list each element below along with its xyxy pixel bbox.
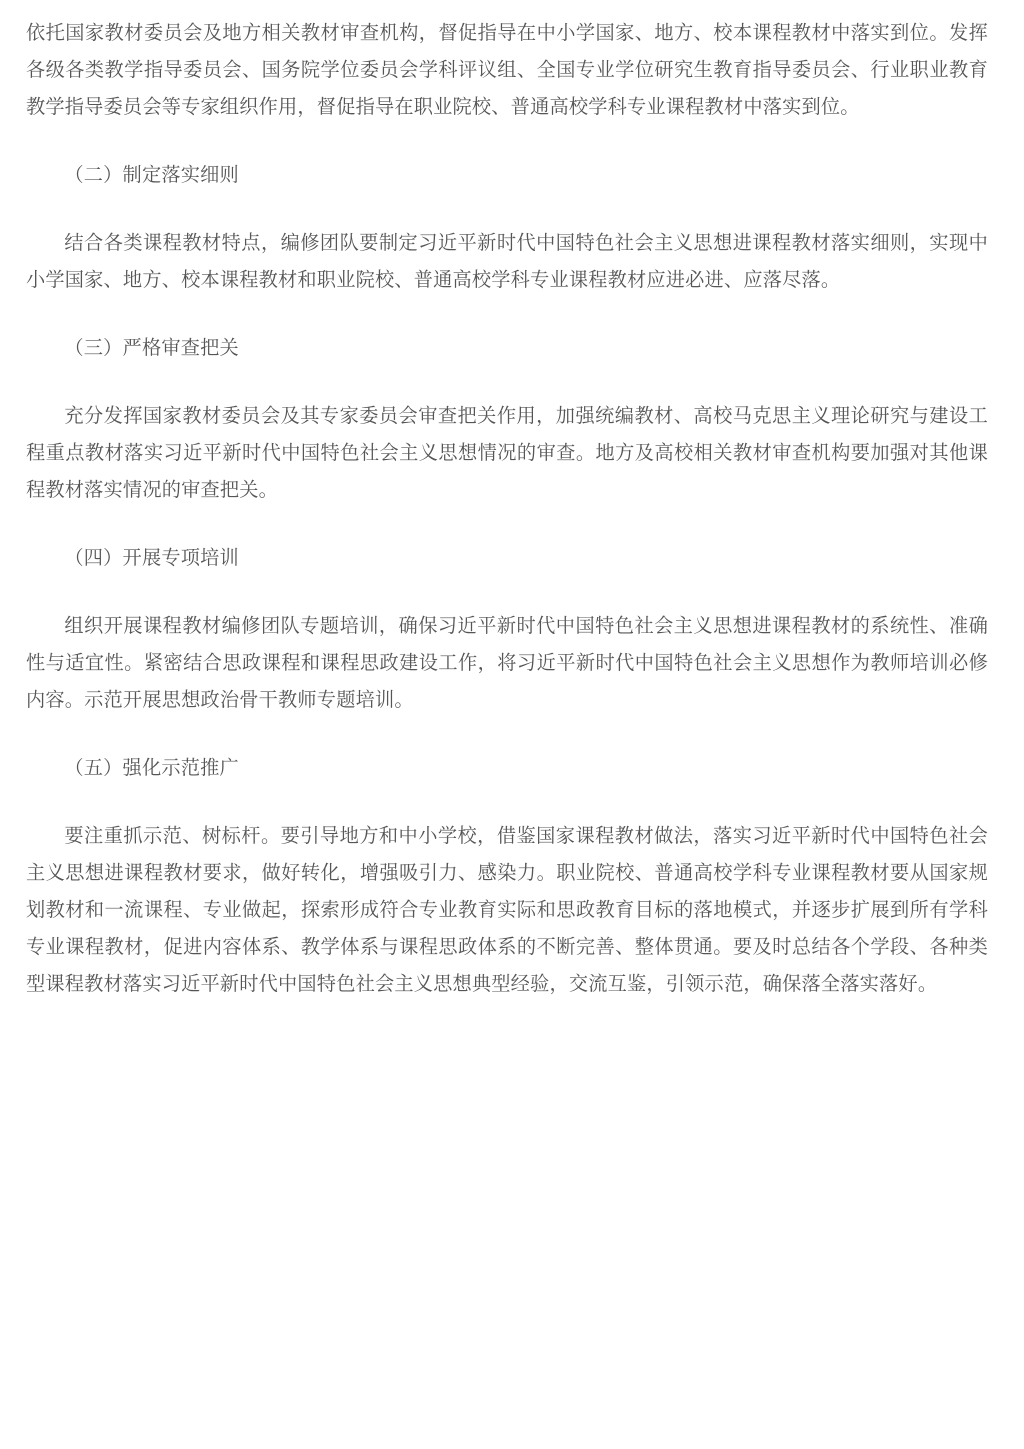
- paragraph-implementation-rules: 结合各类课程教材特点，编修团队要制定习近平新时代中国特色社会主义思想进课程教材落…: [26, 224, 988, 298]
- section-heading-3: （三）严格审查把关: [26, 329, 988, 366]
- paragraph-continuation: 依托国家教材委员会及地方相关教材审查机构，督促指导在中小学国家、地方、校本课程教…: [26, 14, 988, 125]
- section-heading-4: （四）开展专项培训: [26, 539, 988, 576]
- paragraph-special-training: 组织开展课程教材编修团队专题培训，确保习近平新时代中国特色社会主义思想进课程教材…: [26, 607, 988, 718]
- section-heading-5: （五）强化示范推广: [26, 749, 988, 786]
- document-body: 依托国家教材委员会及地方相关教材审查机构，督促指导在中小学国家、地方、校本课程教…: [26, 14, 988, 1002]
- paragraph-demonstration: 要注重抓示范、树标杆。要引导地方和中小学校，借鉴国家课程教材做法，落实习近平新时…: [26, 817, 988, 1002]
- paragraph-strict-review: 充分发挥国家教材委员会及其专家委员会审查把关作用，加强统编教材、高校马克思主义理…: [26, 397, 988, 508]
- section-heading-2: （二）制定落实细则: [26, 156, 988, 193]
